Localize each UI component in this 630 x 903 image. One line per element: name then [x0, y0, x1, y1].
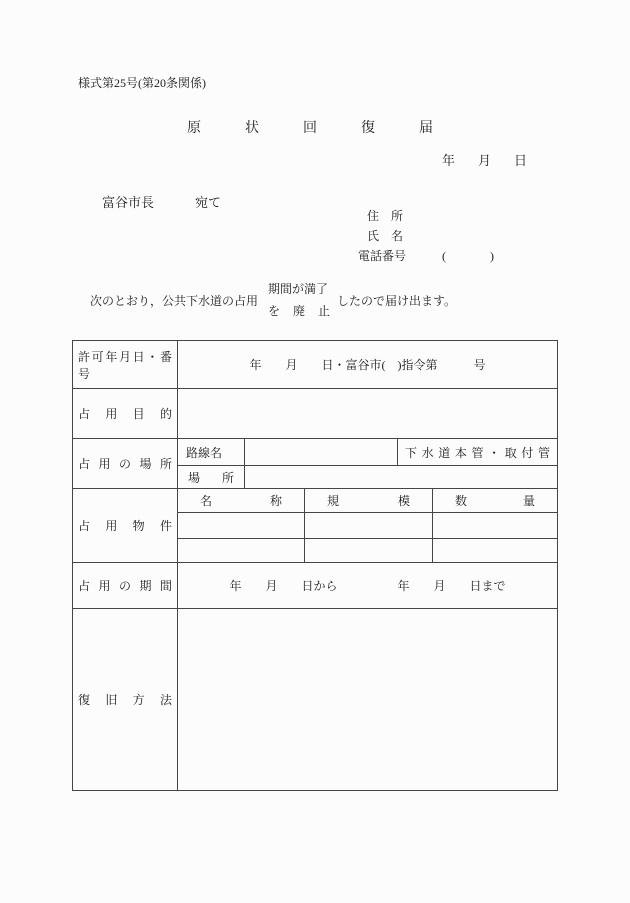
- period-label: 占用の期間: [73, 563, 178, 609]
- permit-label: 許可年月日・番号: [73, 341, 178, 389]
- route-name-field: [245, 439, 398, 466]
- objects-header-row: 占用物件 名称 規模 数量: [73, 489, 558, 513]
- phone-label: 電話番号: [358, 249, 406, 263]
- address-label: 住 所: [367, 207, 403, 224]
- route-name-label: 路線名: [178, 439, 245, 466]
- document-title: 原状回復届: [187, 117, 477, 137]
- intro-lead: 次のとおり，公共下水道の占用: [90, 292, 258, 309]
- form-number: 様式第25号(第20条関係): [78, 74, 206, 91]
- name-label: 氏 名: [367, 227, 403, 244]
- date-line: 年月日: [442, 150, 550, 169]
- object-scale-field: [305, 513, 433, 539]
- objects-label: 占用物件: [73, 489, 178, 563]
- location-label: 場所: [178, 466, 245, 489]
- object-scale-field: [305, 539, 433, 563]
- document-page: 様式第25号(第20条関係) 原状回復届 年月日 富谷市長宛て 住 所 氏 名 …: [0, 0, 630, 903]
- purpose-label: 占用目的: [73, 389, 178, 439]
- phone-blank-field: ( ): [442, 249, 496, 263]
- intro-tail: したので届け出ます。: [337, 292, 456, 309]
- object-quantity-field: [433, 539, 558, 563]
- restore-row: 復旧方法: [73, 609, 558, 791]
- object-name-field: [178, 539, 305, 563]
- purpose-value-field: [178, 389, 558, 439]
- object-name-field: [178, 513, 305, 539]
- object-quantity-field: [433, 513, 558, 539]
- object-quantity-header: 数量: [433, 489, 558, 513]
- pipe-type-options: 下水道本管・取付管: [398, 439, 558, 466]
- location-field: [245, 466, 558, 489]
- phone-line: 電話番号( ): [358, 247, 496, 264]
- application-table: 許可年月日・番号 年 月 日・富谷市( )指令第 号 占用目的 占用の場所 路線…: [72, 340, 558, 791]
- intro-sentence: 次のとおり，公共下水道の占用 期間が満了 を廃止 したので届け出ます。: [90, 278, 456, 322]
- recipient-name: 富谷市長: [102, 195, 154, 210]
- purpose-row: 占用目的: [73, 389, 558, 439]
- permit-value: 年 月 日・富谷市( )指令第 号: [178, 341, 558, 389]
- place-label: 占用の場所: [73, 439, 178, 489]
- option-abolished: を廃止: [268, 300, 330, 322]
- recipient-line: 富谷市長宛て: [102, 192, 221, 211]
- period-value: 年 月 日から 年 月 日まで: [178, 563, 558, 609]
- permit-row: 許可年月日・番号 年 月 日・富谷市( )指令第 号: [73, 341, 558, 389]
- restore-method-field: [178, 609, 558, 791]
- object-scale-header: 規模: [305, 489, 433, 513]
- period-row: 占用の期間 年 月 日から 年 月 日まで: [73, 563, 558, 609]
- object-name-header: 名称: [178, 489, 305, 513]
- recipient-suffix: 宛て: [195, 195, 221, 210]
- restore-method-label: 復旧方法: [73, 609, 178, 791]
- option-period-expired: 期間が満了: [268, 278, 330, 300]
- place-route-row: 占用の場所 路線名 下水道本管・取付管: [73, 439, 558, 466]
- occupancy-end-options: 期間が満了 を廃止: [268, 278, 330, 322]
